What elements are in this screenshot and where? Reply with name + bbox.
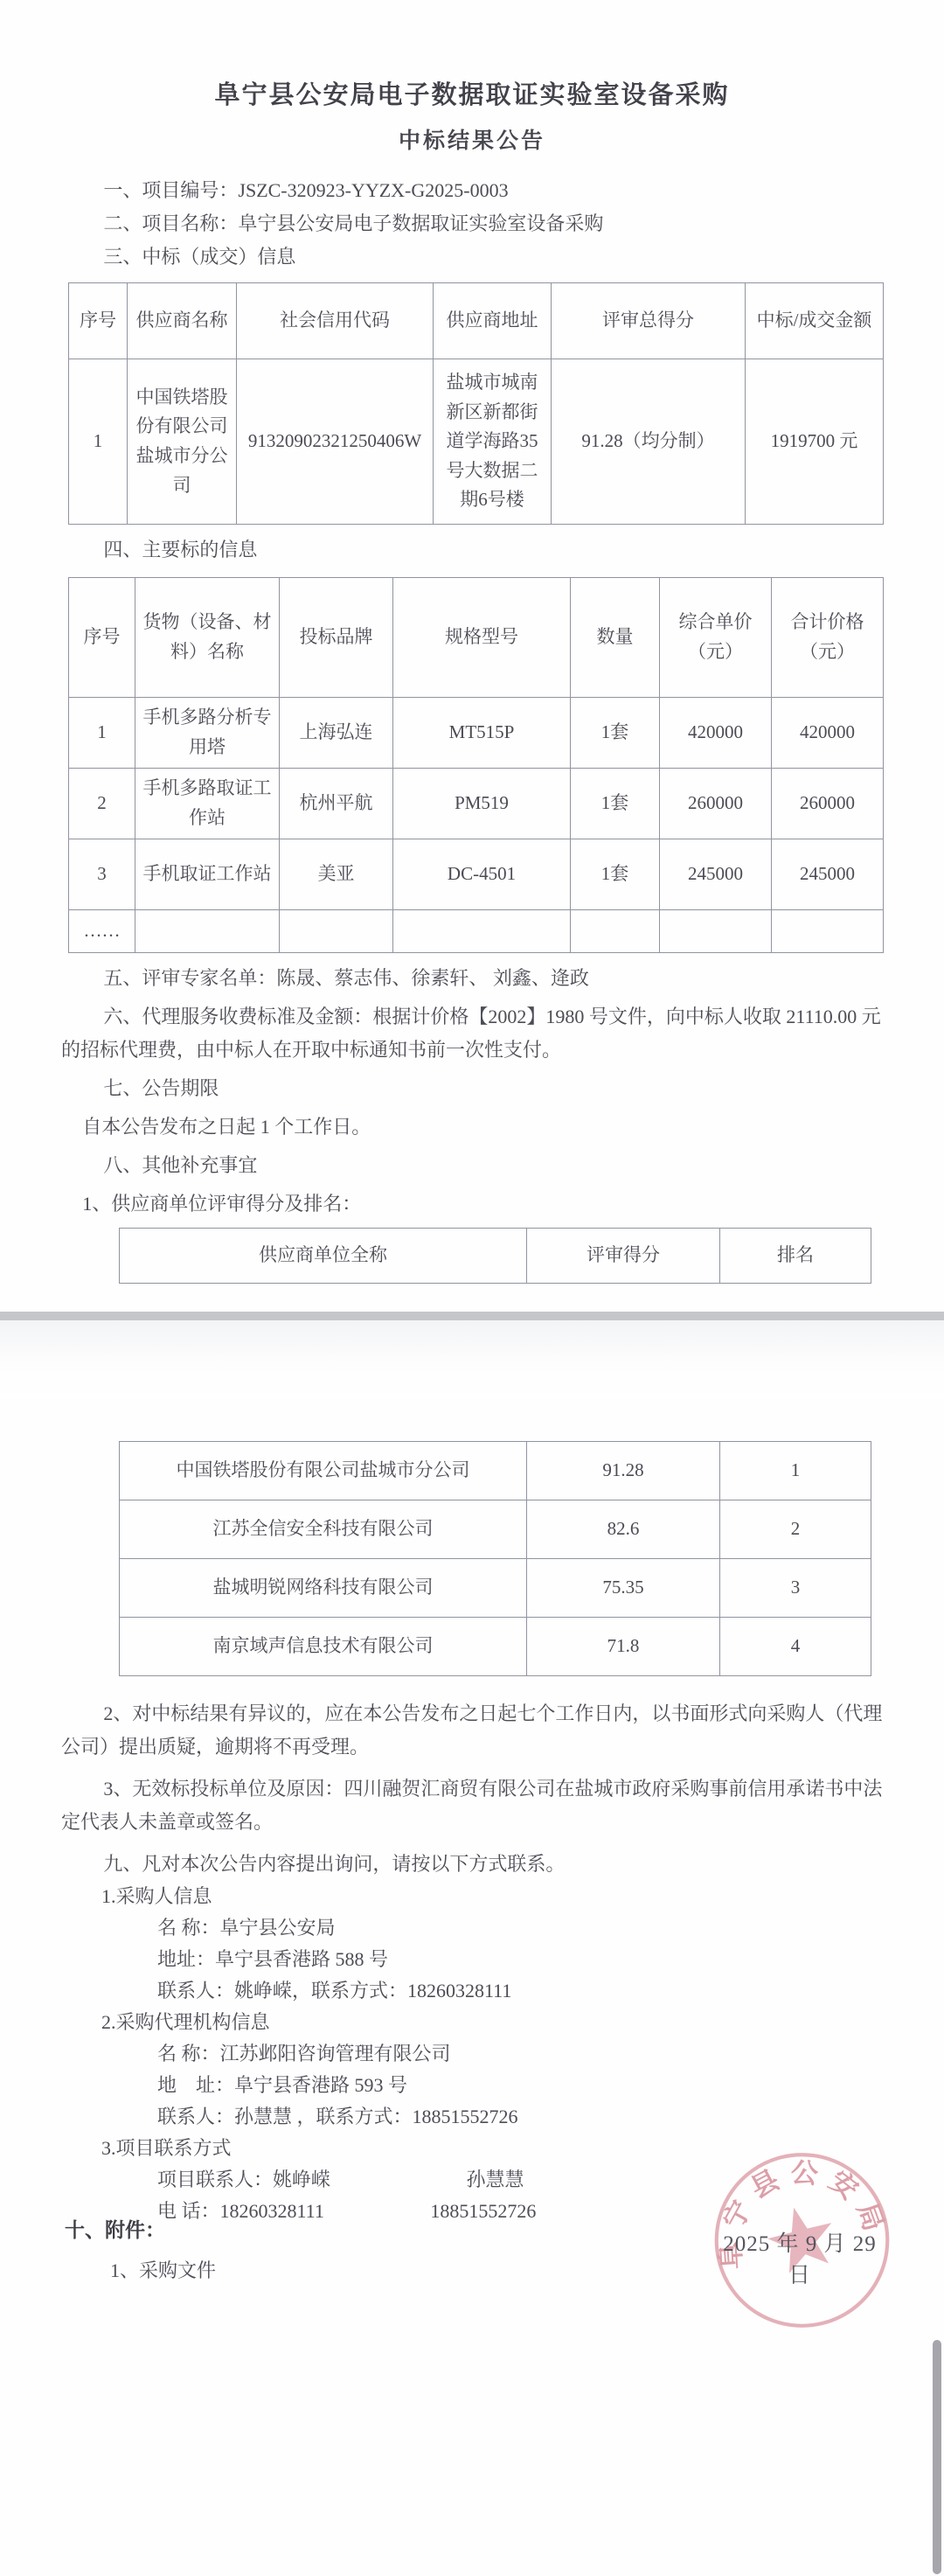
table-header-cell: 投标品牌: [280, 578, 393, 698]
announcement-date: 2025 年 9 月 29 日: [712, 2226, 887, 2289]
scrollbar-thumb[interactable]: [933, 2340, 941, 2574]
agent-name: 名 称：江苏邺阳咨询管理有限公司: [61, 2038, 883, 2070]
table-row: 1手机多路分析专用塔上海弘连MT515P1套420000420000: [69, 698, 884, 769]
table-cell: [772, 910, 884, 953]
table-header-cell: 规格型号: [393, 578, 571, 698]
table-header-row: 序号 货物（设备、材料）名称 投标品牌 规格型号 数量 综合单价（元） 合计价格…: [69, 578, 884, 698]
table-header-cell: 评审总得分: [552, 283, 746, 359]
table-header-cell: 数量: [571, 578, 660, 698]
section8-heading: 八、其他补充事宜: [61, 1149, 883, 1182]
page-separator: [0, 1312, 944, 1320]
table-header-cell: 排名: [720, 1229, 871, 1284]
agent-info-heading: 2.采购代理机构信息: [61, 2007, 883, 2038]
table-cell: DC-4501: [393, 839, 571, 910]
project-contact-2: 孙慧慧: [467, 2164, 524, 2196]
agent-address: 地 址：阜宁县香港路 593 号: [61, 2070, 883, 2101]
table-header-row: 序号 供应商名称 社会信用代码 供应商地址 评审总得分 中标/成交金额: [69, 283, 884, 359]
table-cell: 4: [720, 1618, 871, 1676]
table-cell: 1套: [571, 839, 660, 910]
table-cell: 手机多路分析专用塔: [135, 698, 280, 769]
page-1: 阜宁县公安局电子数据取证实验室设备采购 中标结果公告 一、项目编号：JSZC-3…: [0, 0, 944, 1312]
table-header-cell: 供应商地址: [434, 283, 552, 359]
table-cell: 1: [69, 698, 135, 769]
table-row: 中国铁塔股份有限公司盐城市分公司91.281: [120, 1442, 871, 1500]
table-row: 3手机取证工作站美亚DC-45011套245000245000: [69, 839, 884, 910]
project-contact-1: 项目联系人：姚峥嵘: [157, 2169, 330, 2190]
table-cell: 71.8: [527, 1618, 720, 1676]
table-cell: [135, 910, 280, 953]
table-cell: 3: [720, 1559, 871, 1618]
objection-paragraph: 2、对中标结果有异议的，应在本公告发布之日起七个工作日内，以书面形式向采购人（代…: [61, 1697, 883, 1764]
table-header-cell: 社会信用代码: [237, 283, 434, 359]
table-cell: 盐城市城南新区新都街道学海路35号大数据二期6号楼: [434, 359, 552, 525]
table-cell: ……: [69, 910, 135, 953]
project-name-line: 二、项目名称：阜宁县公安局电子数据取证实验室设备采购: [61, 207, 883, 240]
table-cell: 420000: [660, 698, 772, 769]
table-cell: 420000: [772, 698, 884, 769]
table-header-cell: 序号: [69, 283, 128, 359]
table-header-row: 供应商单位全称 评审得分 排名: [120, 1229, 871, 1284]
table-cell: 1: [69, 359, 128, 525]
table-header-cell: 中标/成交金额: [746, 283, 884, 359]
table-cell: 手机取证工作站: [135, 839, 280, 910]
table-cell: 75.35: [527, 1559, 720, 1618]
table-cell: 美亚: [280, 839, 393, 910]
score-table-header: 供应商单位全称 评审得分 排名: [119, 1228, 871, 1284]
table-row: ……: [69, 910, 884, 953]
table-cell: 手机多路取证工作站: [135, 769, 280, 839]
table-row: 1中国铁塔股份有限公司盐城市分公司91320902321250406W盐城市城南…: [69, 359, 884, 525]
table-header-cell: 序号: [69, 578, 135, 698]
table-cell: 盐城明锐网络科技有限公司: [120, 1559, 527, 1618]
section5-experts-line: 五、评审专家名单：陈晟、蔡志伟、徐素轩、 刘鑫、逄政: [61, 962, 883, 995]
page-2: 中国铁塔股份有限公司盐城市分公司91.281江苏全信安全科技有限公司82.62盐…: [0, 1320, 944, 2576]
table-cell: 3: [69, 839, 135, 910]
table-cell: 245000: [660, 839, 772, 910]
table-cell: [660, 910, 772, 953]
section7-body: 自本公告发布之日起 1 个工作日。: [61, 1110, 883, 1144]
table-cell: 260000: [772, 769, 884, 839]
score-table: 中国铁塔股份有限公司盐城市分公司91.281江苏全信安全科技有限公司82.62盐…: [119, 1441, 871, 1676]
table-cell: MT515P: [393, 698, 571, 769]
table-cell: 2: [69, 769, 135, 839]
table-row: 盐城明锐网络科技有限公司75.353: [120, 1559, 871, 1618]
table-header-cell: 评审得分: [527, 1229, 720, 1284]
table-header-cell: 供应商单位全称: [120, 1229, 527, 1284]
buyer-address: 地址：阜宁县香港路 588 号: [61, 1944, 883, 1975]
project-phone-1: 电 话：18260328111: [157, 2200, 324, 2222]
page-title: 阜宁县公安局电子数据取证实验室设备采购: [61, 75, 883, 111]
section4-heading: 四、主要标的信息: [61, 533, 883, 567]
announcement-subtitle: 中标结果公告: [61, 123, 883, 155]
table-cell: [571, 910, 660, 953]
table-cell: PM519: [393, 769, 571, 839]
section3-heading: 三、中标（成交）信息: [61, 240, 883, 274]
table-cell: [280, 910, 393, 953]
section6-agency-fee-line: 六、代理服务收费标准及金额：根据计价格【2002】1980 号文件，向中标人收取…: [61, 1000, 883, 1067]
table-cell: 南京域声信息技术有限公司: [120, 1618, 527, 1676]
table-cell: 1: [720, 1442, 871, 1500]
invalid-bid-paragraph: 3、无效标投标单位及原因：四川融贺汇商贸有限公司在盐城市政府采购事前信用承诺书中…: [61, 1772, 883, 1839]
table-cell: 245000: [772, 839, 884, 910]
section7-heading: 七、公告期限: [61, 1072, 883, 1105]
table-cell: 91.28: [527, 1442, 720, 1500]
table-cell: [393, 910, 571, 953]
table-cell: 上海弘连: [280, 698, 393, 769]
table-row: 江苏全信安全科技有限公司82.62: [120, 1500, 871, 1559]
score-ranking-subheading: 1、供应商单位评审得分及排名：: [61, 1187, 883, 1221]
table-header-cell: 供应商名称: [128, 283, 237, 359]
project-number-line: 一、项目编号：JSZC-320923-YYZX-G2025-0003: [61, 174, 883, 207]
table-cell: 江苏全信安全科技有限公司: [120, 1500, 527, 1559]
table-cell: 2: [720, 1500, 871, 1559]
table-cell: 中国铁塔股份有限公司盐城市分公司: [120, 1442, 527, 1500]
table-cell: 260000: [660, 769, 772, 839]
table-cell: 1套: [571, 698, 660, 769]
document-viewer: 阜宁县公安局电子数据取证实验室设备采购 中标结果公告 一、项目编号：JSZC-3…: [0, 0, 944, 2576]
table-cell: 杭州平航: [280, 769, 393, 839]
table-row: 2手机多路取证工作站杭州平航PM5191套260000260000: [69, 769, 884, 839]
table-header-cell: 货物（设备、材料）名称: [135, 578, 280, 698]
table-row: 南京域声信息技术有限公司71.84: [120, 1618, 871, 1676]
main-items-table: 序号 货物（设备、材料）名称 投标品牌 规格型号 数量 综合单价（元） 合计价格…: [68, 577, 884, 953]
section9-heading: 九、凡对本次公告内容提出询问，请按以下方式联系。: [61, 1848, 883, 1881]
table-cell: 中国铁塔股份有限公司盐城市分公司: [128, 359, 237, 525]
buyer-info-heading: 1.采购人信息: [61, 1881, 883, 1912]
table-cell: 91320902321250406W: [237, 359, 434, 525]
table-header-cell: 合计价格（元）: [772, 578, 884, 698]
agent-contact: 联系人：孙慧慧 ，联系方式：18851552726: [61, 2101, 883, 2133]
buyer-contact: 联系人：姚峥嵘，联系方式：18260328111: [61, 1975, 883, 2007]
table-header-cell: 综合单价（元）: [660, 578, 772, 698]
award-info-table: 序号 供应商名称 社会信用代码 供应商地址 评审总得分 中标/成交金额 1中国铁…: [68, 282, 884, 525]
table-cell: 82.6: [527, 1500, 720, 1559]
buyer-name: 名 称：阜宁县公安局: [61, 1912, 883, 1944]
table-cell: 1套: [571, 769, 660, 839]
table-cell: 91.28（均分制）: [552, 359, 746, 525]
project-phone-2: 18851552726: [430, 2196, 536, 2227]
table-cell: 1919700 元: [746, 359, 884, 525]
